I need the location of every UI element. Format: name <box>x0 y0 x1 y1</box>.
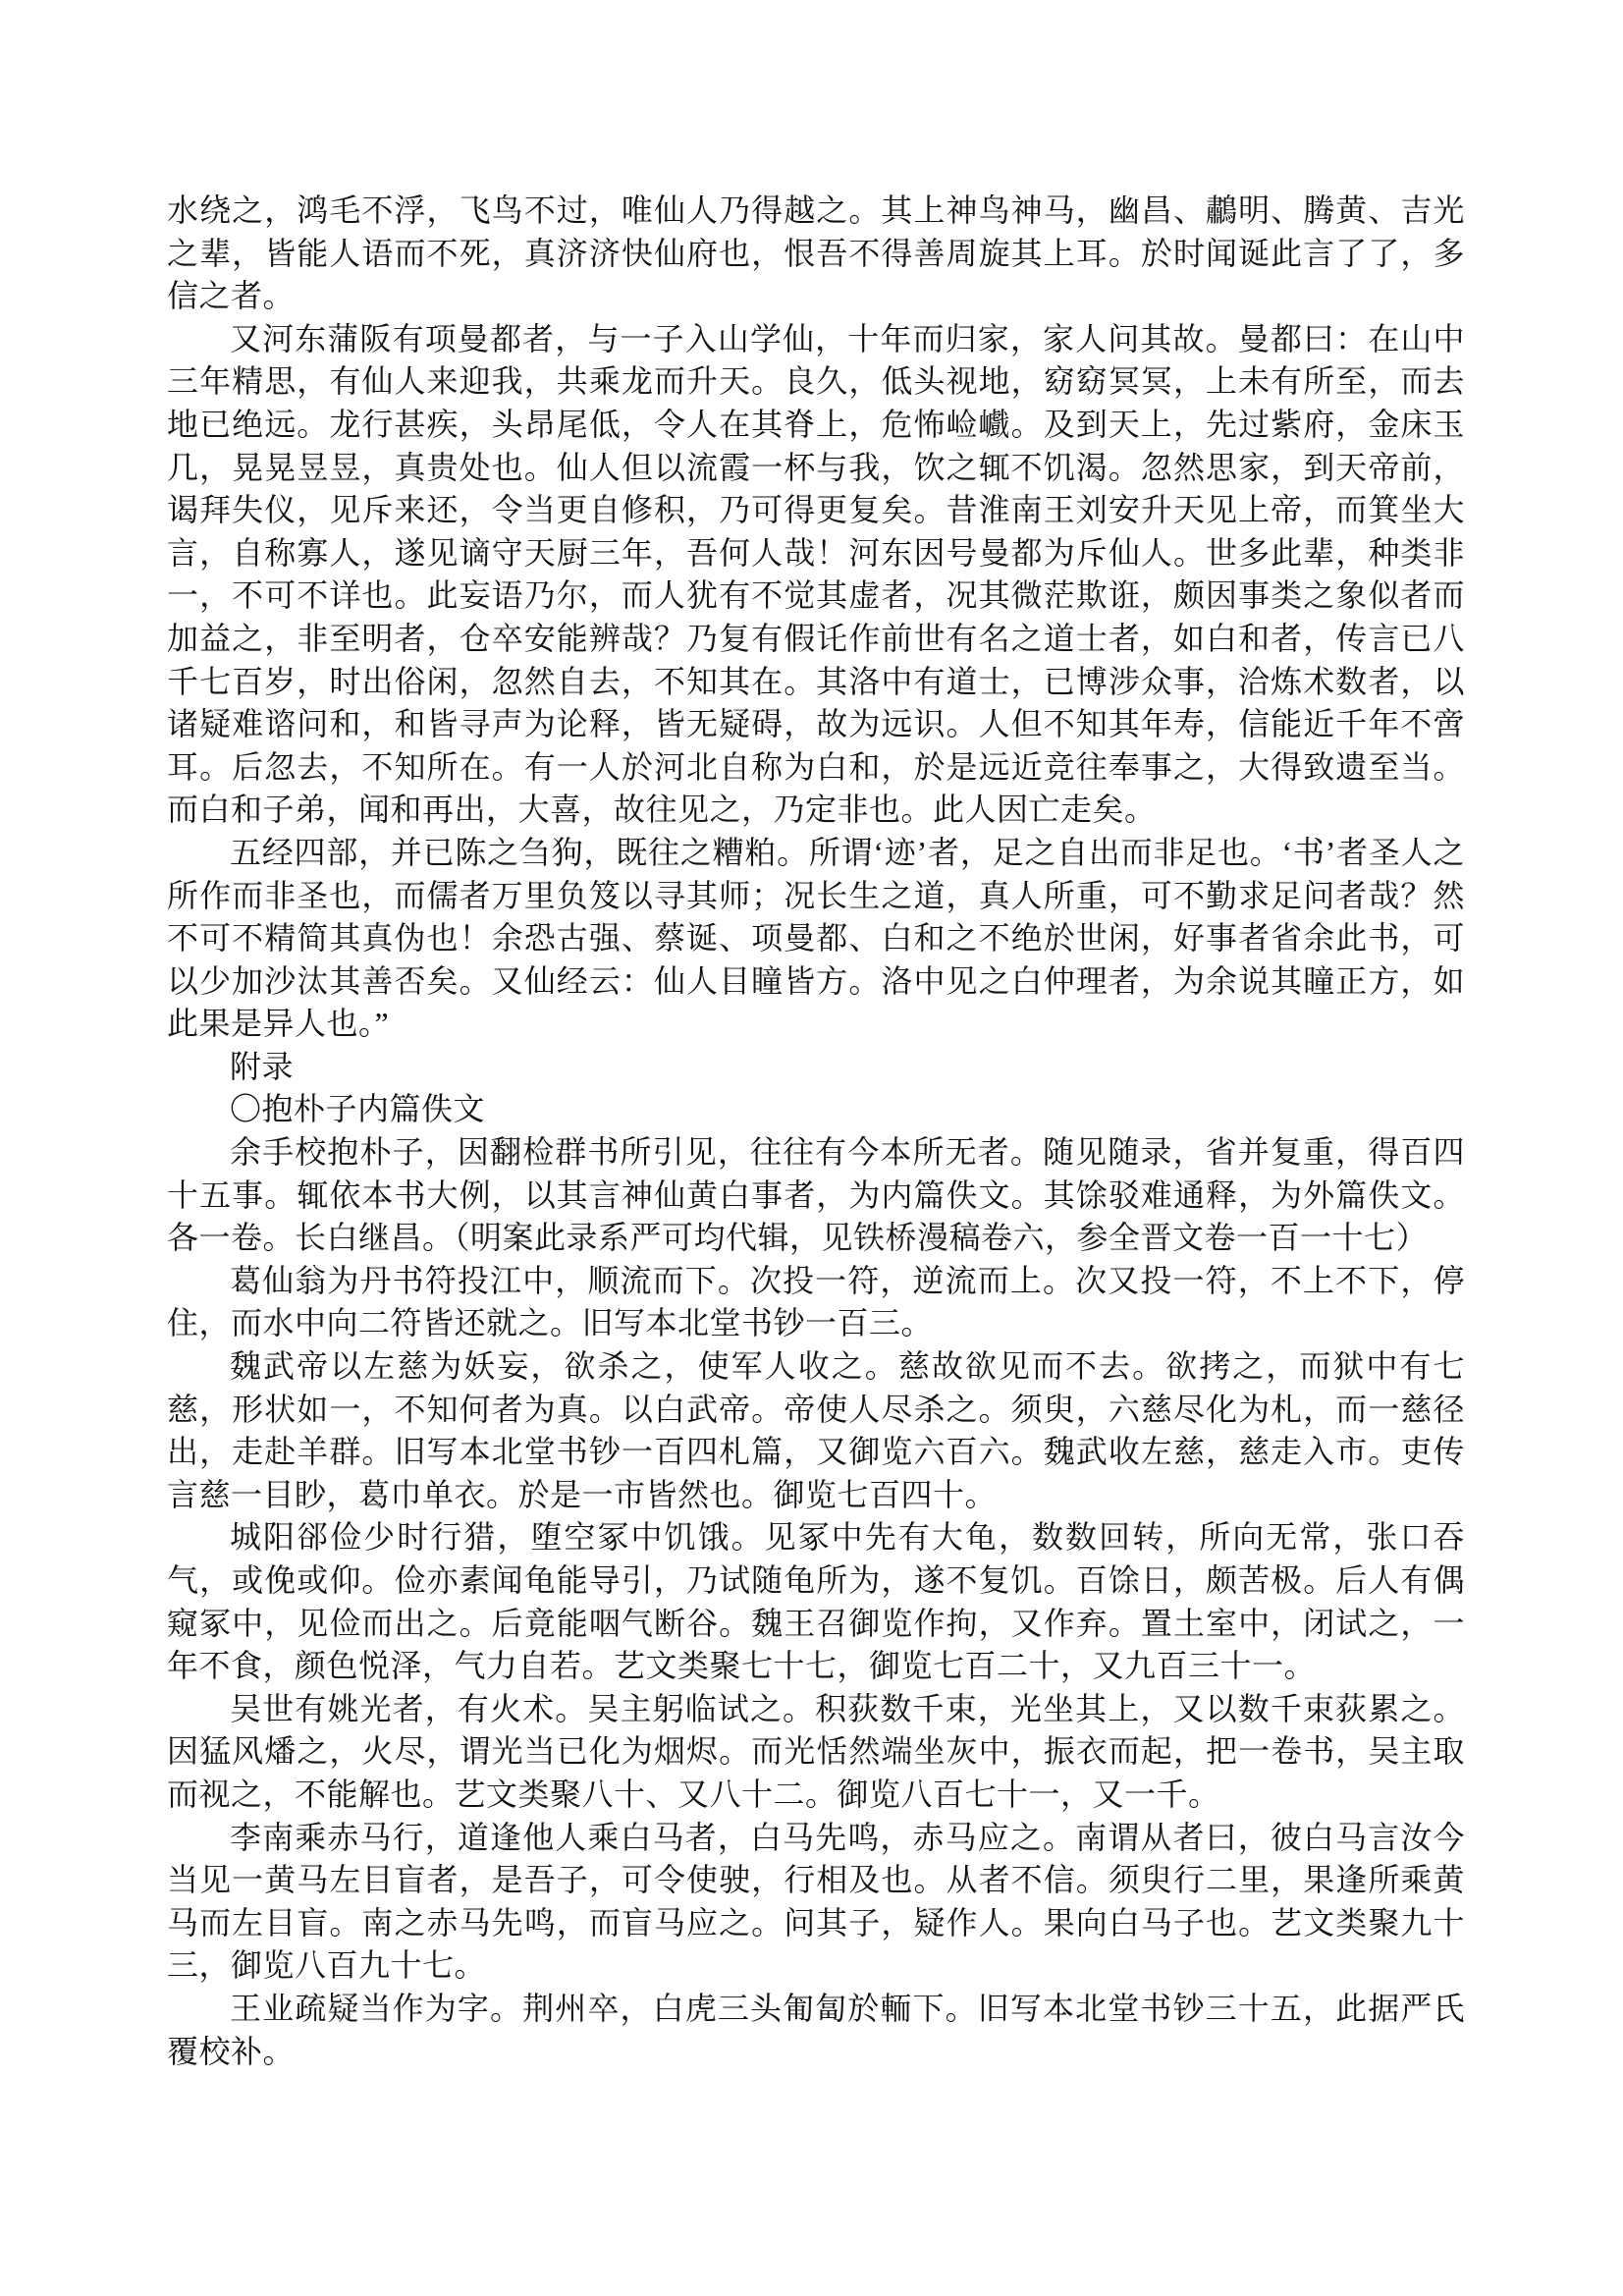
section-title-neipian-yiwen: 〇抱朴子内篇佚文 <box>167 1088 1465 1131</box>
paragraph-collation-note: 余手校抱朴子，因翻检群书所引见，往往有今本所无者。随见随录，省并复重，得百四十五… <box>167 1131 1465 1260</box>
paragraph-five-classics: 五经四部，并已陈之刍狗，既往之糟粕。所谓‘迹’者，足之自出而非足也。‘书’者圣人… <box>167 832 1465 1046</box>
paragraph-yao-guang: 吴世有姚光者，有火术。吴主躬临试之。积荻数千束，光坐其上，又以数千束荻累之。因猛… <box>167 1688 1465 1817</box>
paragraph-chengyang-xijian: 城阳郤俭少时行猎，堕空冢中饥饿。见冢中先有大龟，数数回转，所向无常，张口吞气，或… <box>167 1516 1465 1687</box>
text-block: 水绕之，鸿毛不浮，飞鸟不过，唯仙人乃得越之。其上神鸟神马，幽昌、鷫明、腾黄、吉光… <box>167 190 1465 2073</box>
paragraph-wang-ye: 王业疏疑当作为字。荆州卒，白虎三头匍匐於輀下。旧写本北堂书钞三十五，此据严氏覆校… <box>167 1988 1465 2073</box>
paragraph-li-nan: 李南乘赤马行，道逢他人乘白马者，白马先鸣，赤马应之。南谓从者曰，彼白马言汝今当见… <box>167 1817 1465 1988</box>
appendix-label: 附录 <box>167 1046 1465 1089</box>
document-page: 水绕之，鸿毛不浮，飞鸟不过，唯仙人乃得越之。其上神鸟神马，幽昌、鷫明、腾黄、吉光… <box>0 0 1623 2296</box>
paragraph-xiang-mandu: 又河东蒲阪有项曼都者，与一子入山学仙，十年而归家，家人问其故。曼都曰：在山中三年… <box>167 318 1465 832</box>
paragraph-ge-xianweng: 葛仙翁为丹书符投江中，顺流而下。次投一符，逆流而上。次又投一符，不上不下，停住，… <box>167 1260 1465 1345</box>
paragraph-wei-wudi-zuoci: 魏武帝以左慈为妖妄，欲杀之，使军人收之。慈故欲见而不去。欲拷之，而狱中有七慈，形… <box>167 1345 1465 1516</box>
paragraph-continuation: 水绕之，鸿毛不浮，飞鸟不过，唯仙人乃得越之。其上神鸟神马，幽昌、鷫明、腾黄、吉光… <box>167 190 1465 318</box>
